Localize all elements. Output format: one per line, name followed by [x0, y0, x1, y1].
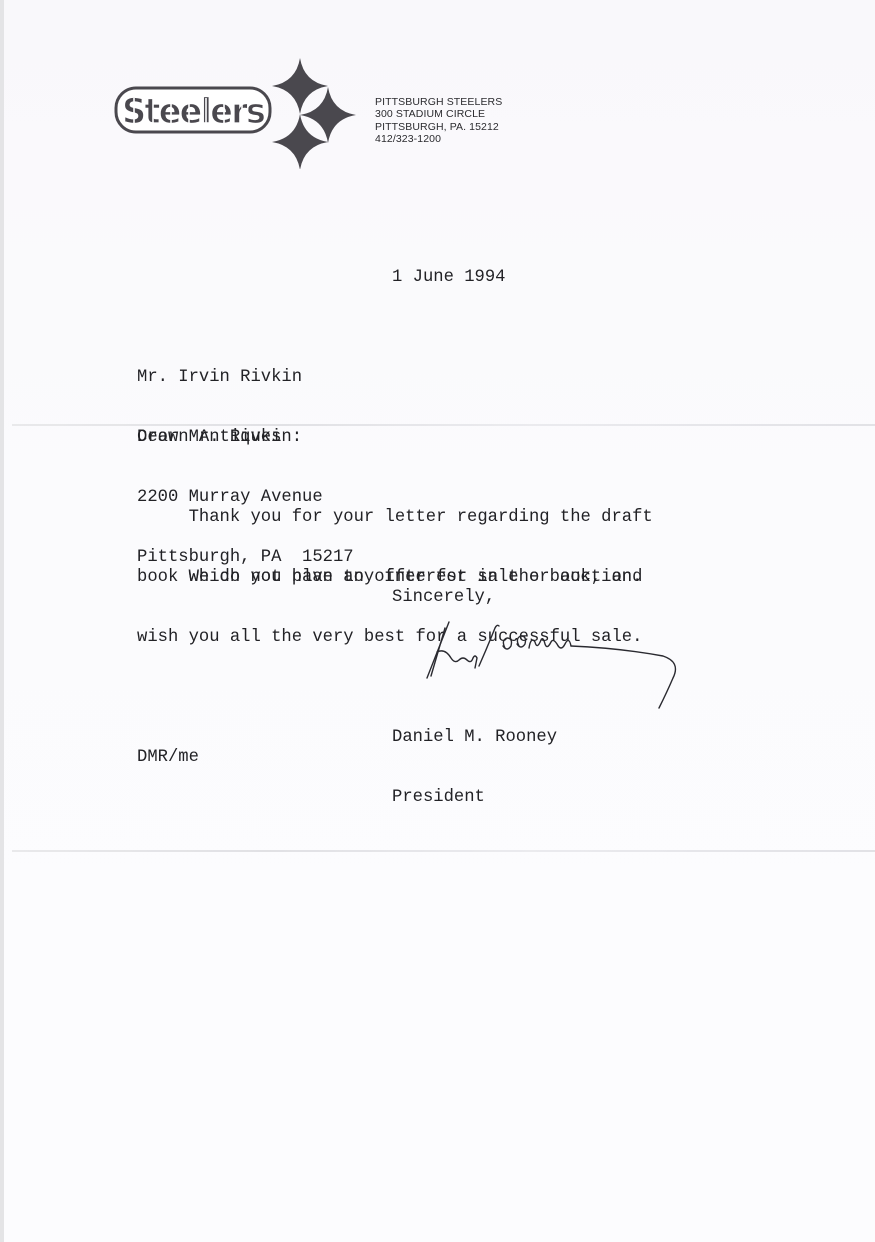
- svg-text:Steelers: Steelers: [122, 92, 265, 132]
- steelmark-hypocycloids-icon: [266, 55, 358, 169]
- signer-title: President: [392, 788, 557, 808]
- reference-initials: DMR/me: [137, 748, 199, 768]
- paragraph-line: We do not have any interest in the book,…: [137, 568, 642, 588]
- paper-fold-line: [12, 850, 875, 852]
- paragraph-line: Thank you for your letter regarding the …: [137, 508, 653, 528]
- salutation: Dear Mr. Rivkin:: [137, 428, 302, 448]
- organization-name: PITTSBURGH STEELERS: [375, 96, 502, 108]
- phone-number: 412/323-1200: [375, 133, 502, 145]
- letter-page: Steelers PITTSBURGH STEELERS 300 STADIUM…: [0, 0, 875, 1242]
- street-address: 300 STADIUM CIRCLE: [375, 108, 502, 120]
- signer-name: Daniel M. Rooney: [392, 728, 557, 748]
- letter-date: 1 June 1994: [392, 268, 505, 288]
- closing: Sincerely,: [392, 588, 495, 608]
- recipient-name: Mr. Irvin Rivkin: [137, 368, 354, 388]
- city-state-zip: PITTSBURGH, PA. 15212: [375, 121, 502, 133]
- steelers-wordmark-logo: Steelers: [114, 84, 272, 136]
- letterhead-address: PITTSBURGH STEELERS 300 STADIUM CIRCLE P…: [375, 96, 502, 145]
- signer-block: Daniel M. Rooney President: [392, 688, 557, 848]
